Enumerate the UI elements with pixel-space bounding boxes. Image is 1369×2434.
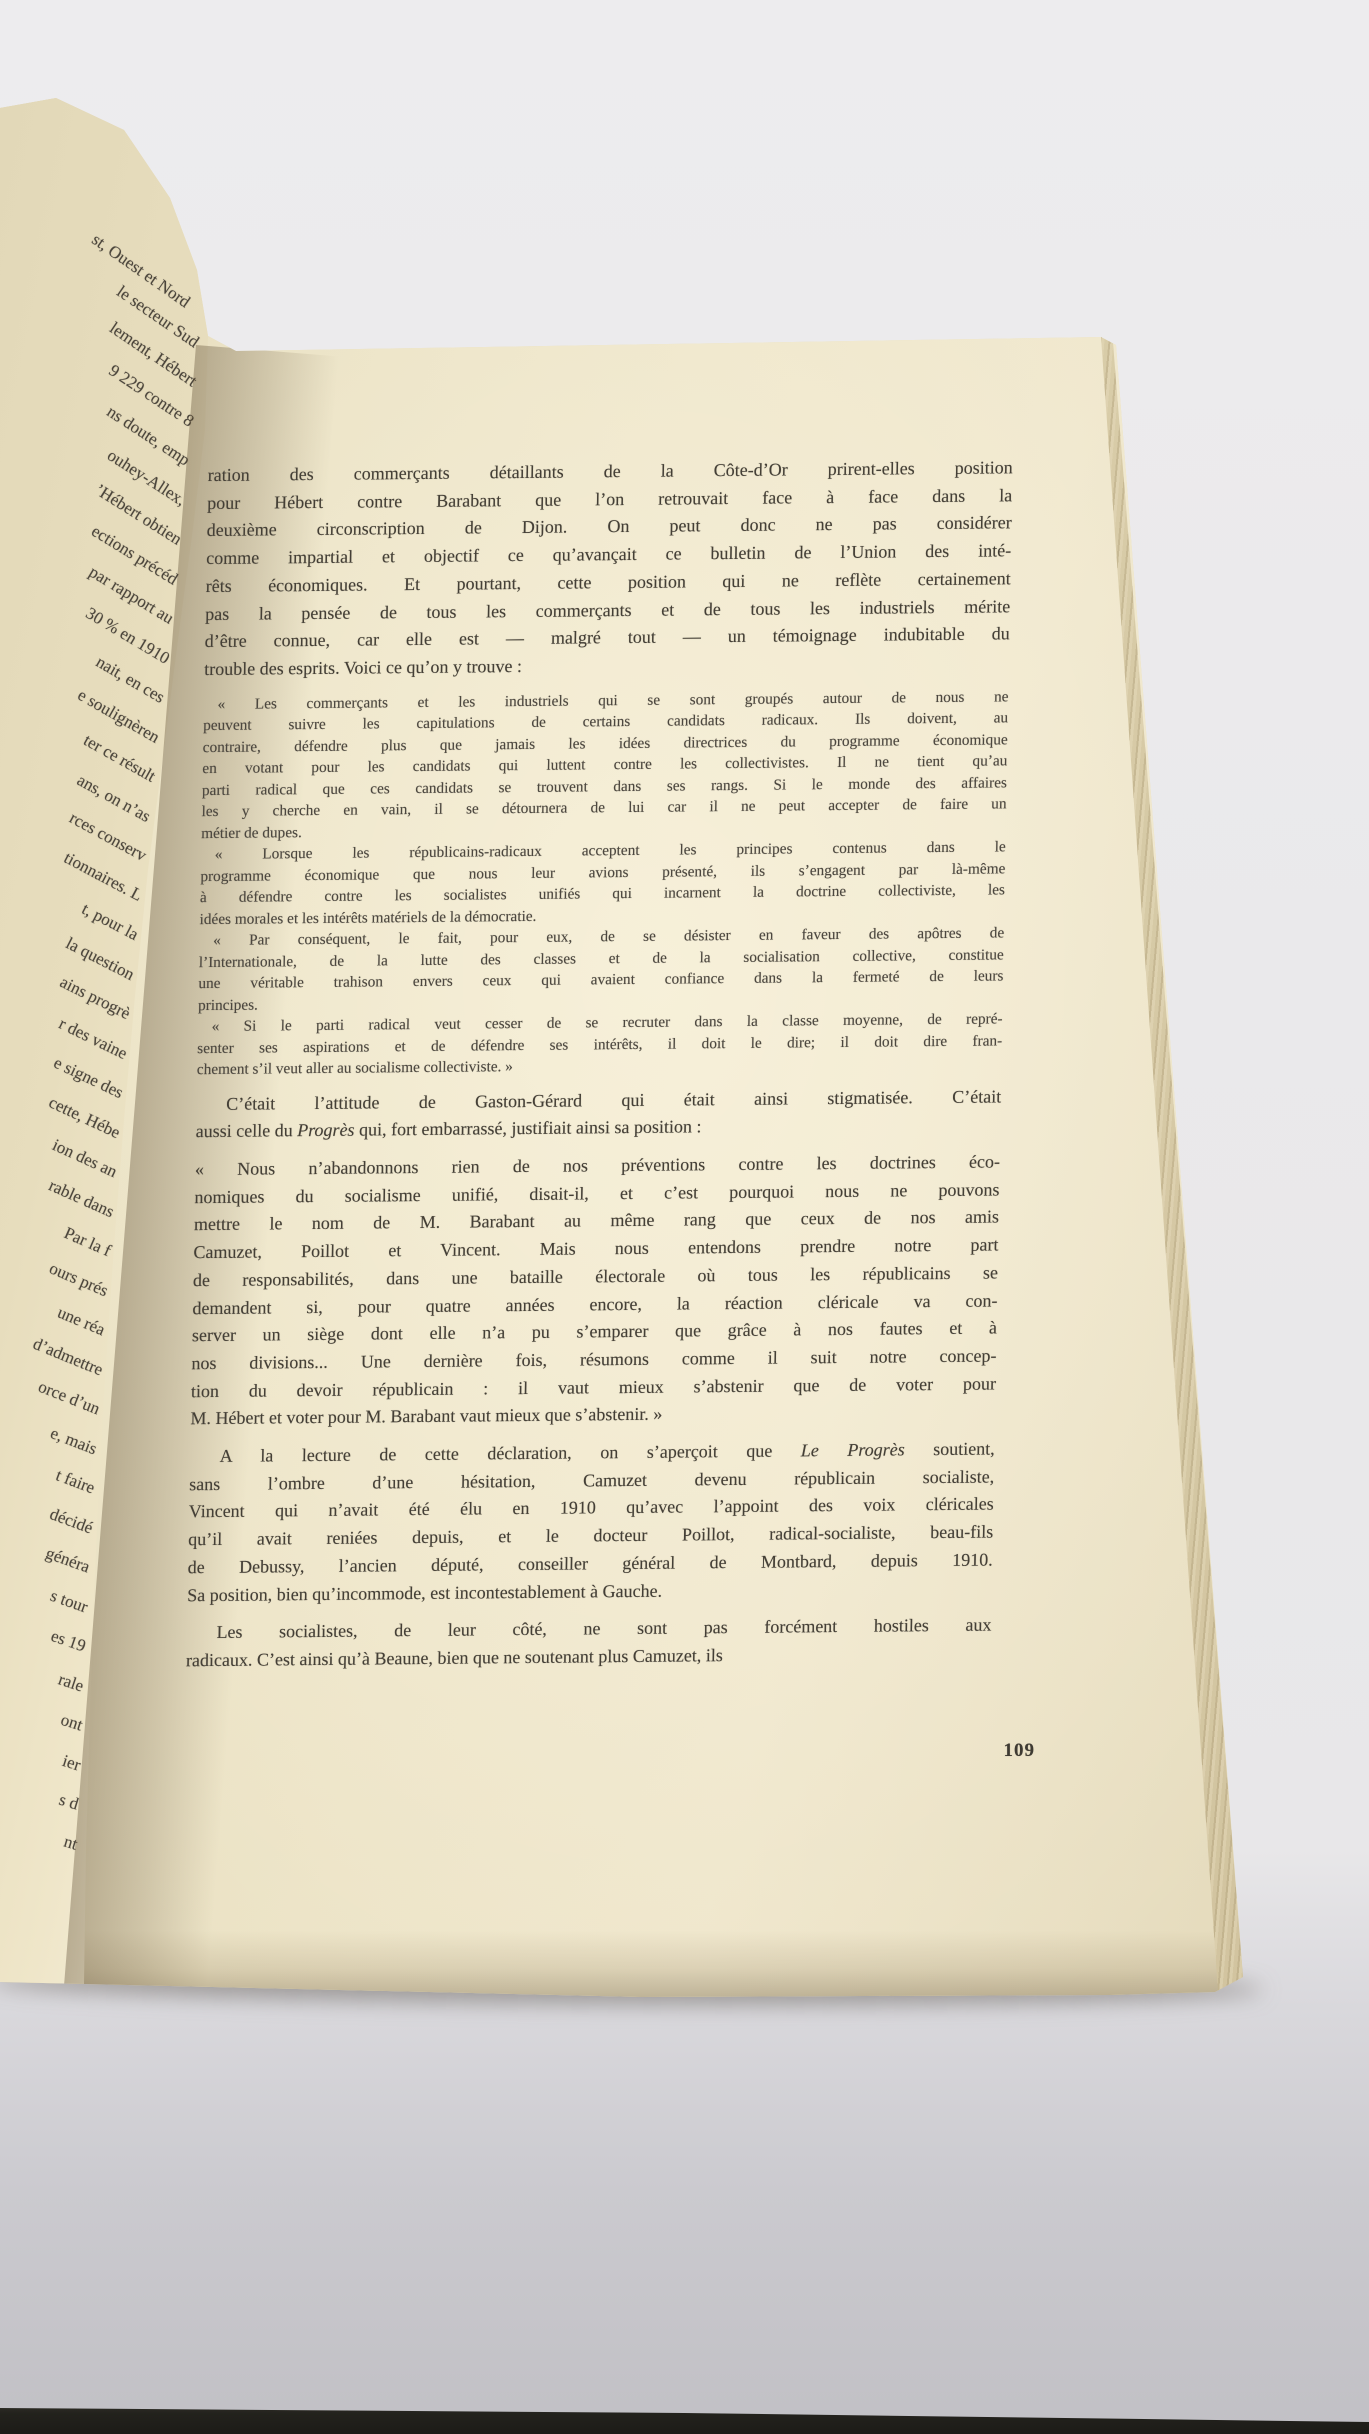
paragraph: ration des commerçants détaillants de la… — [204, 454, 1013, 683]
page-number: 109 — [955, 1740, 1035, 1762]
paragraph: « Par conséquent, le fait, pour eux, de … — [198, 923, 1005, 1017]
photo-of-open-book: st, Ouest et Nordle secteur Sudlement, H… — [0, 0, 1369, 2434]
paragraph: « Si le parti radical veut cesser de se … — [197, 1009, 1003, 1081]
paragraph: « Lorsque les républicains-radicaux acce… — [199, 836, 1006, 930]
page-text-block: ration des commerçants détaillants de la… — [186, 454, 1013, 1675]
paragraph: A la lecture de cette déclaration, on s’… — [187, 1436, 995, 1610]
paragraph: « Nous n’abandonnons rien de nos prévent… — [190, 1148, 1000, 1433]
paragraph: « Les commerçants et les industriels qui… — [201, 686, 1009, 844]
paragraph: Les socialistes, de leur côté, ne sont p… — [186, 1612, 992, 1675]
paragraph: C’était l’attitude de Gaston-Gérard qui … — [195, 1083, 1001, 1146]
